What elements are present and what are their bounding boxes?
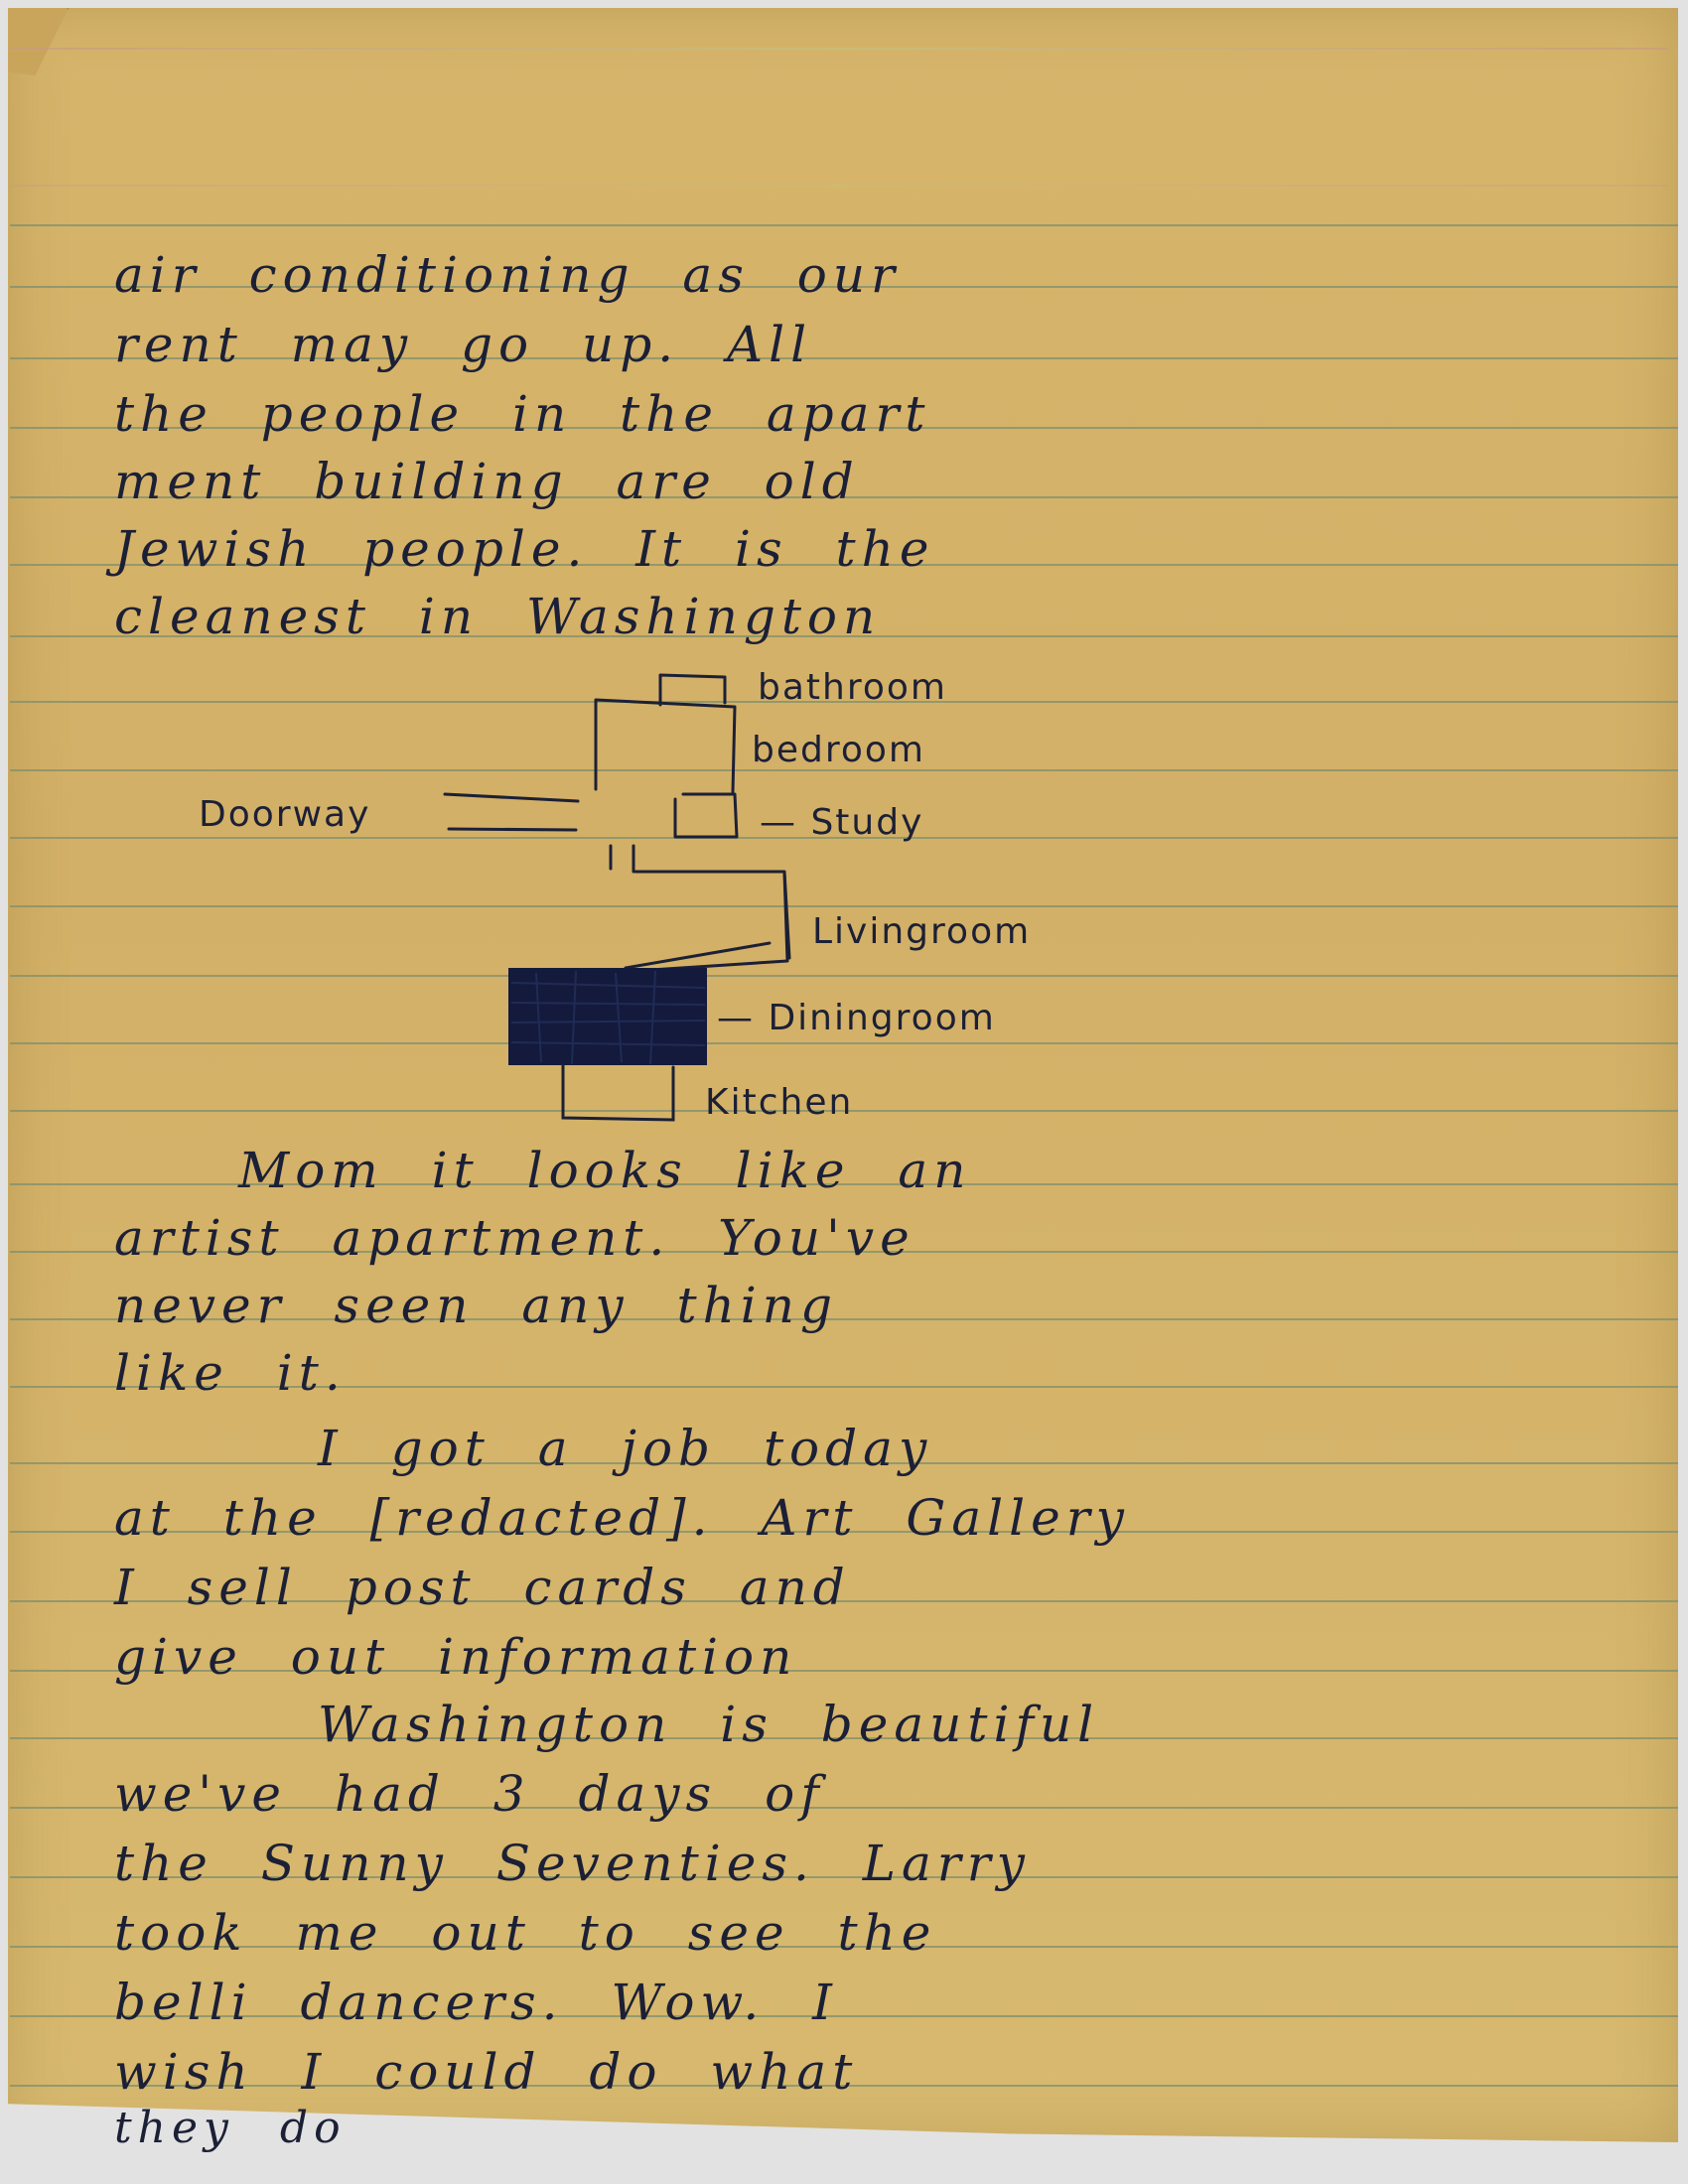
text-line: rent may go up. All [114, 316, 812, 373]
text-line: Washington is beautiful [318, 1696, 1099, 1753]
header-rule-2 [10, 185, 1668, 187]
text-line: Mom it looks like an [238, 1142, 971, 1199]
text-line: ment building are old [114, 453, 860, 510]
text-line: belli dancers. Wow. I [114, 1974, 838, 2031]
text-line: I got a job today [318, 1420, 932, 1477]
text-line: at the [redacted]. Art Gallery [114, 1489, 1130, 1547]
text-line: the people in the apart [114, 385, 930, 443]
header-rule [10, 48, 1668, 50]
label-doorway: Doorway [199, 794, 370, 835]
text-line: I sell post cards and [114, 1559, 851, 1616]
label-living-room: Livingroom [812, 911, 1031, 952]
text-line: Jewish people. It is the [114, 520, 934, 578]
text-line: never seen any thing [114, 1277, 838, 1334]
text-line: cleanest in Washington [114, 588, 881, 645]
label-dining-room: — Diningroom [717, 998, 996, 1038]
text-line: we've had 3 days of [114, 1765, 825, 1823]
text-line: wish I could do what [114, 2043, 858, 2101]
label-kitchen: Kitchen [705, 1082, 853, 1123]
text-line: air conditioning as our [114, 246, 901, 304]
text-line: give out information [114, 1628, 797, 1686]
label-study: — Study [760, 802, 923, 843]
text-line: like it. [114, 1344, 347, 1402]
text-line: the Sunny Seventies. Larry [114, 1835, 1031, 1892]
label-bedroom: bedroom [752, 730, 925, 770]
text-line: they do [114, 2103, 347, 2153]
text-line: artist apartment. You've [114, 1209, 915, 1267]
text-line: took me out to see the [114, 1904, 936, 1962]
label-bathroom: bathroom [758, 667, 947, 708]
